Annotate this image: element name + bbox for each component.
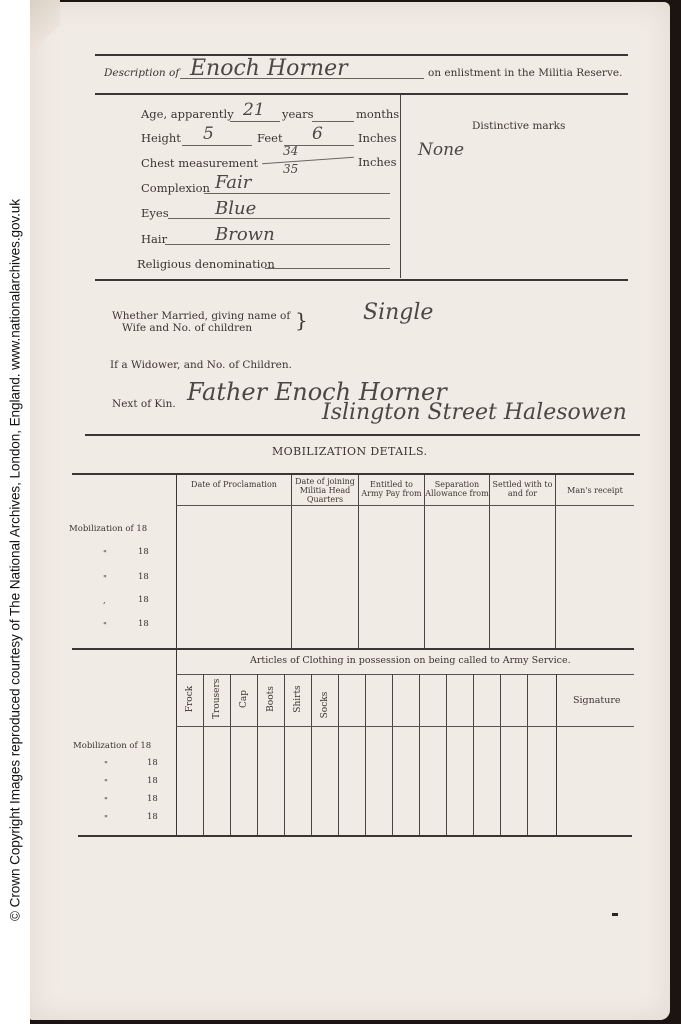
eyes-value: Blue	[215, 198, 256, 219]
clothing-col-divider	[257, 674, 258, 836]
copyright-notice: © Crown Copyright Images reproduced cour…	[8, 199, 23, 921]
clothing-bottom-rule	[78, 835, 632, 837]
ditto-mark: "	[104, 760, 108, 770]
col-divider	[489, 475, 490, 648]
header-bottom-rule	[95, 93, 628, 95]
chest-label: Chest measurement	[141, 156, 258, 170]
document-page	[30, 2, 670, 1020]
brace-icon: }	[295, 308, 308, 332]
religion-label: Religious denomination	[137, 257, 275, 271]
clothing-col-divider	[365, 674, 366, 836]
mob-row-year: 18	[138, 595, 149, 605]
height-inches-value: 6	[312, 124, 323, 144]
feet-label: Feet	[257, 131, 283, 145]
chest-value-top: 34	[283, 144, 298, 158]
mobilization-header-rule	[176, 505, 634, 506]
chest-inches-label: Inches	[358, 155, 397, 169]
ditto-mark: "	[103, 549, 107, 559]
col-header-proclamation: Date of Proclamation	[178, 480, 290, 489]
description-bottom-rule	[95, 279, 628, 281]
height-feet-value: 5	[203, 124, 214, 144]
complexion-underline	[204, 193, 390, 194]
married-value: Single	[363, 300, 433, 325]
clothing-col-divider	[500, 674, 501, 836]
col-header-settled: Settled with to and for	[490, 480, 555, 498]
ink-mark	[612, 913, 618, 916]
mob-row-year: 18	[138, 547, 149, 557]
feet-underline	[182, 145, 252, 146]
col-header-separation: Separation Allowance from	[425, 480, 489, 498]
signature-divider	[556, 674, 557, 836]
clothing-col-frock: Frock	[185, 679, 195, 719]
age-label: Age, apparently	[141, 107, 234, 121]
col-divider	[424, 475, 425, 648]
height-label: Height	[141, 131, 181, 145]
clothing-top-rule	[72, 648, 634, 650]
mobilization-title: MOBILIZATION DETAILS.	[272, 445, 427, 458]
next-of-kin-label: Next of Kin.	[112, 398, 176, 410]
description-suffix: on enlistment in the Militia Reserve.	[428, 67, 622, 79]
clothing-title-rule	[176, 674, 634, 675]
eyes-underline	[168, 218, 390, 219]
col-divider	[358, 475, 359, 648]
description-divider	[400, 95, 401, 278]
clothing-col-divider	[473, 674, 474, 836]
clothing-col-divider	[446, 674, 447, 836]
complexion-value: Fair	[215, 172, 251, 193]
hair-value: Brown	[215, 224, 275, 245]
name-underline	[180, 78, 424, 79]
mob-row-label: Mobilization of 18	[69, 524, 147, 534]
clothing-header-rule	[176, 726, 634, 727]
age-value: 21	[243, 100, 265, 120]
mob-row-year: 18	[138, 619, 149, 629]
ditto-mark: "	[104, 814, 108, 824]
distinctive-marks-value: None	[418, 140, 464, 160]
years-label: years	[282, 107, 314, 121]
clothing-title: Articles of Clothing in possession on be…	[250, 655, 571, 666]
page-corner-fold	[30, 0, 60, 60]
clothing-col-divider	[203, 674, 204, 836]
clothing-col-divider	[527, 674, 528, 836]
ditto-mark: "	[103, 621, 107, 631]
clothing-col-divider	[230, 674, 231, 836]
copyright-strip: © Crown Copyright Images reproduced cour…	[0, 0, 30, 1024]
clothing-col-divider	[392, 674, 393, 836]
married-label-line2: Wife and No. of children	[122, 322, 252, 334]
clothing-row-year: 18	[147, 794, 158, 804]
ditto-mark: "	[104, 778, 108, 788]
complexion-label: Complexion	[141, 181, 210, 195]
top-rule	[95, 54, 628, 56]
hair-label: Hair	[141, 232, 167, 246]
clothing-col-divider	[419, 674, 420, 836]
next-of-kin-address: Islington Street Halesowen	[322, 400, 627, 425]
clothing-col-trousers: Trousers	[212, 679, 222, 719]
mobilization-top-rule	[72, 473, 634, 475]
family-bottom-rule	[85, 434, 640, 436]
hair-underline	[165, 244, 390, 245]
clothing-row-year: 18	[147, 776, 158, 786]
months-label: months	[356, 107, 399, 121]
age-underline	[230, 121, 280, 122]
mob-row-year: 18	[138, 572, 149, 582]
signature-label: Signature	[573, 695, 621, 706]
religion-underline	[265, 268, 390, 269]
widower-label: If a Widower, and No. of Children.	[110, 359, 292, 371]
clothing-col-cap: Cap	[239, 679, 249, 719]
ditto-mark: "	[103, 574, 107, 584]
clothing-row-label: Mobilization of 18	[73, 741, 151, 751]
col-header-joining-hq: Date of joining Militia Head Quarters	[292, 477, 358, 504]
clothing-col-socks: Socks	[320, 685, 330, 725]
clothing-row-year: 18	[147, 758, 158, 768]
years-underline	[312, 121, 354, 122]
married-label-line1: Whether Married, giving name of	[112, 310, 290, 322]
height-inches-label: Inches	[358, 131, 397, 145]
clothing-row-year: 18	[147, 812, 158, 822]
clothing-col-divider	[338, 674, 339, 836]
clothing-col-boots: Boots	[266, 679, 276, 719]
col-divider	[555, 475, 556, 648]
col-header-army-pay: Entitled to Army Pay from	[359, 480, 424, 498]
clothing-col-divider	[284, 674, 285, 836]
ditto-mark: ,	[103, 596, 106, 606]
distinctive-marks-label: Distinctive marks	[472, 120, 565, 132]
chest-value-bottom: 35	[283, 162, 298, 176]
row-label-divider	[176, 475, 177, 835]
ditto-mark: "	[104, 796, 108, 806]
description-prefix: Description of	[104, 67, 179, 79]
clothing-col-shirts: Shirts	[293, 679, 303, 719]
col-header-receipt: Man's receipt	[556, 486, 634, 495]
clothing-col-divider	[311, 674, 312, 836]
eyes-label: Eyes	[141, 206, 169, 220]
